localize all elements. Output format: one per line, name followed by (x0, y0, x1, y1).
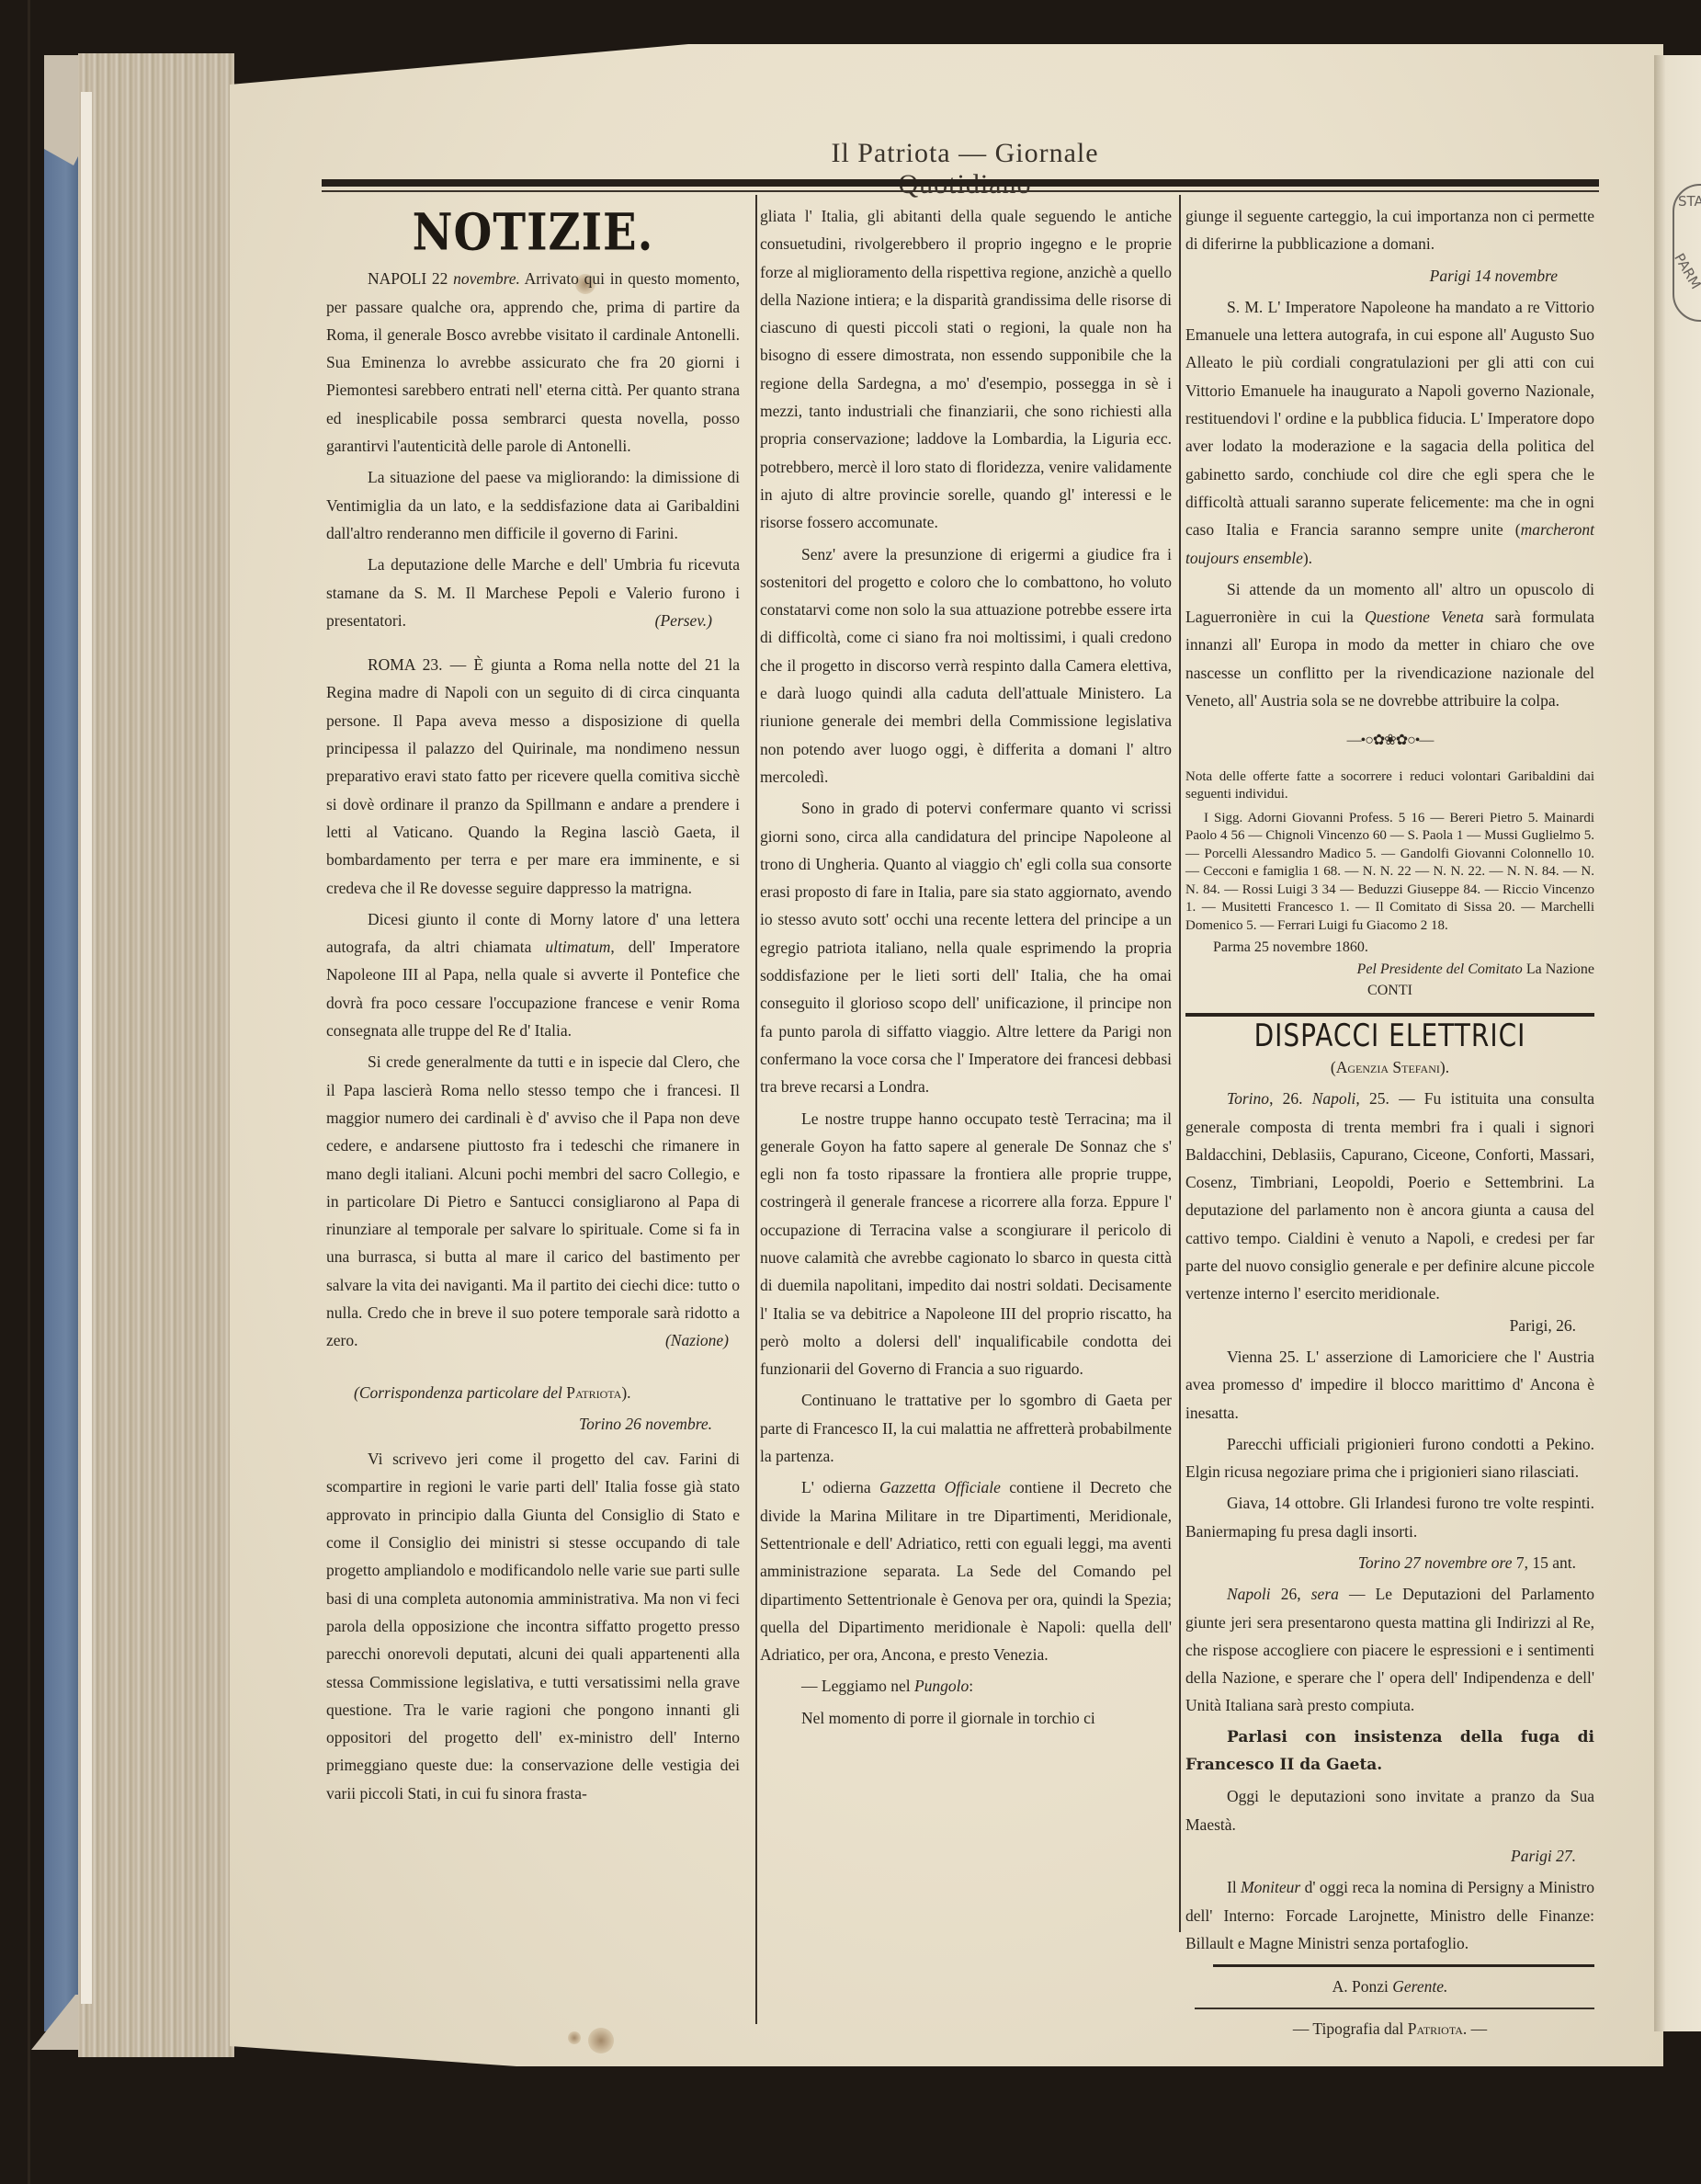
dateline: Torino 26 novembre. (326, 1410, 712, 1438)
article-paragraph: L' odierna Gazzetta Officiale contiene i… (760, 1473, 1172, 1668)
column-3: giunge il seguente carteggio, la cui imp… (1185, 202, 1594, 2043)
dateline: Parigi, 26. (1185, 1312, 1576, 1339)
correspondence-heading: (Corrispondenza particolare del Patriota… (326, 1379, 740, 1406)
dispatch-paragraph: Vienna 25. L' asserzione di Lamoriciere … (1185, 1343, 1594, 1427)
header-rule (322, 179, 1599, 187)
dispatch-paragraph: Torino, 26. Napoli, 25. — Fu istituita u… (1185, 1085, 1594, 1307)
footer-rule (1213, 1964, 1594, 1967)
article-paragraph: Continuano le trattative per lo sgombro … (760, 1386, 1172, 1470)
article-paragraph: La deputazione delle Marche e dell' Umbr… (326, 551, 740, 634)
donation-list-entries: I Sigg. Adorni Giovanni Profess. 5 16 — … (1185, 810, 1594, 936)
stamp-text: PARM (1671, 251, 1701, 298)
article-paragraph: Le nostre truppe hanno occupato testè Te… (760, 1105, 1172, 1383)
article-paragraph: Dicesi giunto il conte di Morny latore d… (326, 905, 740, 1044)
printer-imprint: — Tipografia dal Patriota. — (1185, 2015, 1594, 2042)
dateline: Parigi 27. (1185, 1842, 1576, 1870)
dispatch-paragraph: Giava, 14 ottobre. Gli Irlandesi furono … (1185, 1489, 1594, 1545)
book-cover-blue (44, 55, 81, 2031)
donation-list-signature: Pel Presidente del Comitato La Nazione (1185, 961, 1594, 979)
column-2: gliata l' Italia, gli abitanti della qua… (760, 202, 1172, 1732)
section-title: DISPACCI ELETTRICI (1185, 1019, 1594, 1052)
article-paragraph: La situazione del paese va migliorando: … (326, 463, 740, 547)
dispatch-paragraph: Napoli 26, sera — Le Deputazioni del Par… (1185, 1580, 1594, 1719)
scan-board-edge (28, 0, 30, 2184)
article-paragraph: Senz' avere la presunzione di erigermi a… (760, 540, 1172, 791)
column-divider (1179, 195, 1181, 1932)
column-1: NOTIZIE. NAPOLI 22 novembre. Arrivato qu… (326, 202, 740, 1807)
source-citation: (Persev.) (614, 607, 712, 634)
article-paragraph: Si attende da un momento all' altro un o… (1185, 575, 1594, 714)
column-divider (755, 195, 757, 2024)
book-endpaper (81, 92, 92, 2004)
article-paragraph: giunge il seguente carteggio, la cui imp… (1185, 202, 1594, 258)
dispatch-paragraph: Il Moniteur d' oggi reca la nomina di Pe… (1185, 1873, 1594, 1957)
stamp-text: STAM (1678, 193, 1701, 210)
article-paragraph: Vi scrivevo jeri come il progetto del ca… (326, 1445, 740, 1807)
article-paragraph: gliata l' Italia, gli abitanti della qua… (760, 202, 1172, 537)
dateline: Parigi 14 novembre (1185, 262, 1558, 290)
donation-list-title: Nota delle offerte fatte a socorrere i r… (1185, 768, 1594, 804)
book-gutter (1654, 55, 1701, 2031)
gerente-line: A. Ponzi Gerente. (1185, 1973, 1594, 2000)
ink-stain (588, 2028, 614, 2053)
article-paragraph: ROMA 23. — È giunta a Roma nella notte d… (326, 651, 740, 902)
article-paragraph: — Leggiamo nel Pungolo: (760, 1672, 1172, 1700)
article-paragraph: S. M. L' Imperatore Napoleone ha mandato… (1185, 293, 1594, 572)
article-paragraph: Si crede generalmente da tutti e in ispe… (326, 1048, 740, 1354)
section-rule (1185, 1013, 1594, 1017)
ornamental-divider: —•○✿❀✿○•— (1185, 727, 1594, 755)
footer-rule (1195, 2008, 1594, 2009)
dispatch-headline: Parlasi con insistenza della fuga di Fra… (1185, 1723, 1594, 1780)
source-citation: (Nazione) (624, 1326, 729, 1354)
dispatch-paragraph: Oggi le deputazioni sono invitate a pran… (1185, 1782, 1594, 1838)
donation-list-name: CONTI (1185, 982, 1594, 1000)
donation-list-date: Parma 25 novembre 1860. (1185, 938, 1594, 957)
ink-stain (568, 2031, 581, 2044)
library-stamp: STAM PARM (1673, 184, 1701, 322)
header-rule (322, 190, 1599, 192)
book-page-stack (78, 53, 234, 2057)
section-title: NOTIZIE. (326, 217, 740, 249)
section-subtitle: (Agenzia Stefani). (1185, 1053, 1594, 1081)
dispatch-paragraph: Parecchi ufficiali prigionieri furono co… (1185, 1430, 1594, 1486)
article-paragraph: Sono in grado di potervi confermare quan… (760, 794, 1172, 1100)
article-paragraph: NAPOLI 22 novembre. Arrivato qui in ques… (326, 265, 740, 460)
article-paragraph: Nel momento di porre il giornale in torc… (760, 1704, 1172, 1732)
dateline: Torino 27 novembre ore 7, 15 ant. (1185, 1549, 1576, 1576)
donation-list: Nota delle offerte fatte a socorrere i r… (1185, 768, 1594, 1000)
